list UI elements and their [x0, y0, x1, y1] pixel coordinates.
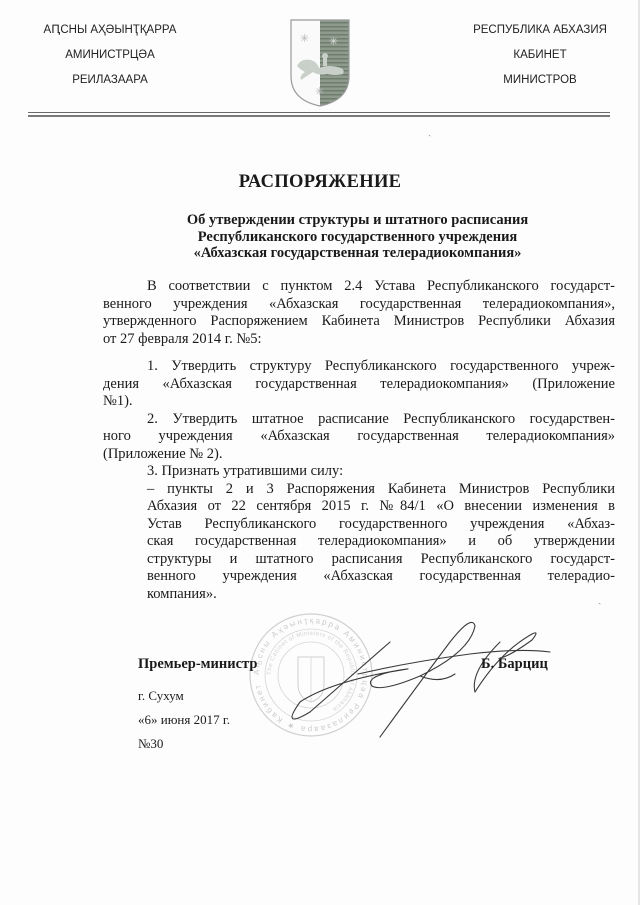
text-line: ская государственная телерадиокомпания» …	[103, 533, 615, 551]
text-line: 2. Утвердить штатное расписание Республи…	[103, 411, 615, 429]
svg-text:✳: ✳	[329, 35, 338, 48]
letterhead-right-line-1: РЕСПУБЛИКА АБХАЗИЯ	[440, 22, 640, 47]
text-line: структуры и штатного расписания Республи…	[103, 551, 615, 569]
preamble-paragraph: В соответствии с пунктом 2.4 Устава Респ…	[103, 278, 615, 348]
subtitle-line: Об утверждении структуры и штатного расп…	[100, 212, 615, 229]
document-subtitle: Об утверждении структуры и штатного расп…	[100, 212, 615, 262]
subtitle-line: Республиканского государственного учрежд…	[100, 229, 615, 246]
scan-artifact: ˎ	[598, 594, 601, 605]
letterhead-left-line-3: РЕИЛАЗААРА	[10, 72, 210, 97]
letterhead-right-line-2: КАБИНЕТ	[440, 47, 640, 72]
text-line: В соответствии с пунктом 2.4 Устава Респ…	[103, 278, 615, 296]
signatory-position: Премьер-министр	[138, 656, 257, 673]
text-line: утвержденного Распоряжением Кабинета Мин…	[103, 313, 615, 331]
letterhead-divider-top	[28, 112, 610, 113]
letterhead-divider-bottom	[28, 115, 610, 117]
text-line: от 27 февраля 2014 г. №5:	[103, 331, 615, 349]
item-3: 3. Признать утратившими силу: – пункты 2…	[103, 463, 615, 603]
subtitle-line: «Абхазская государственная телерадиокомп…	[100, 245, 615, 262]
document-number: №30	[138, 736, 163, 752]
text-line: Устав Республиканского государственного …	[103, 516, 615, 534]
text-line: (Приложение № 2).	[103, 446, 615, 464]
scan-artifact: ˎ	[428, 126, 431, 137]
text-line: – пункты 2 и 3 Распоряжения Кабинета Мин…	[103, 481, 615, 499]
letterhead-abkhaz: АԤСНЫ АҲӘЫНҬҚАРРА АМИНИСТРЦӘА РЕИЛАЗААРА	[10, 22, 210, 97]
coat-of-arms-icon: ✳ ✳ ✳	[289, 18, 351, 108]
text-line: дения «Абхазская государственная телерад…	[103, 376, 615, 394]
text-line: компания».	[103, 586, 615, 604]
letterhead-left-line-2: АМИНИСТРЦӘА	[10, 47, 210, 72]
document-type-title: РАСПОРЯЖЕНИЕ	[0, 172, 640, 193]
signatory-name: Б. Барциц	[481, 656, 548, 673]
letterhead-russian: РЕСПУБЛИКА АБХАЗИЯ КАБИНЕТ МИНИСТРОВ	[440, 22, 640, 97]
text-line: 3. Признать утратившими силу:	[103, 463, 615, 481]
signature-mark	[270, 612, 560, 742]
text-line: Абхазия от 22 сентября 2015 г. №84/1 «О …	[103, 498, 615, 516]
svg-text:✳: ✳	[315, 85, 324, 98]
svg-text:✳: ✳	[300, 32, 309, 45]
text-line: 1. Утвердить структуру Республиканского …	[103, 358, 615, 376]
text-line: №1).	[103, 393, 615, 411]
issue-city: г. Сухум	[138, 688, 184, 704]
letterhead-right-line-3: МИНИСТРОВ	[440, 72, 640, 97]
document-page: АԤСНЫ АҲӘЫНҬҚАРРА АМИНИСТРЦӘА РЕИЛАЗААРА…	[0, 0, 640, 905]
text-line: венного учреждения «Абхазская государств…	[103, 568, 615, 586]
resolution-items: 1. Утвердить структуру Республиканского …	[103, 358, 615, 603]
text-line: ного учреждения «Абхазская государственн…	[103, 428, 615, 446]
letterhead-left-line-1: АԤСНЫ АҲӘЫНҬҚАРРА	[10, 22, 210, 47]
item-2: 2. Утвердить штатное расписание Республи…	[103, 411, 615, 464]
item-1: 1. Утвердить структуру Республиканского …	[103, 358, 615, 411]
issue-date: «6» июня 2017 г.	[138, 712, 230, 728]
text-line: венного учреждения «Абхазская государств…	[103, 296, 615, 314]
